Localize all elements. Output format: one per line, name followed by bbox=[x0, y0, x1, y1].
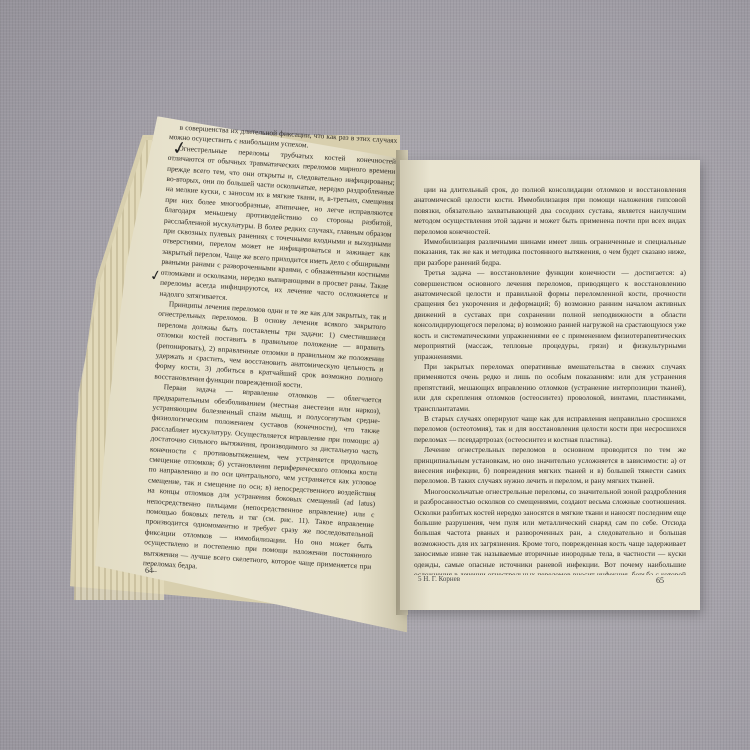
right-page-number: 65 bbox=[656, 576, 664, 585]
paragraph: Иммобилизация различными шинами имеет ли… bbox=[414, 237, 686, 268]
paragraph: В старых случаях оперируют чаще как для … bbox=[414, 414, 686, 445]
paragraph: Многооскольчатые огнестрельные переломы,… bbox=[414, 487, 686, 575]
paragraph: При закрытых переломах оперативные вмеша… bbox=[414, 362, 686, 414]
open-book: ✓ ✓ в совершенства их длительной фиксаци… bbox=[0, 0, 750, 750]
paragraph: Третья задача — восстановление функции к… bbox=[414, 268, 686, 362]
paragraph: Первая задача — вправление отломков — об… bbox=[143, 382, 382, 583]
left-page-number: 64 bbox=[145, 566, 153, 575]
right-page-text: ции на длительный срок, до полной консол… bbox=[414, 185, 686, 575]
paragraph: Принципы лечения переломов одни и те же … bbox=[154, 299, 387, 396]
paragraph: Огнестрельные переломы трубчатых костей … bbox=[159, 143, 396, 313]
left-page-text: в совершенства их длительной фиксации, ч… bbox=[143, 122, 398, 585]
footer-signature: 5 Н. Г. Корнев bbox=[418, 575, 460, 583]
paragraph: ции на длительный срок, до полной консол… bbox=[414, 185, 686, 237]
paragraph: Лечение огнестрельных переломов в основн… bbox=[414, 445, 686, 487]
